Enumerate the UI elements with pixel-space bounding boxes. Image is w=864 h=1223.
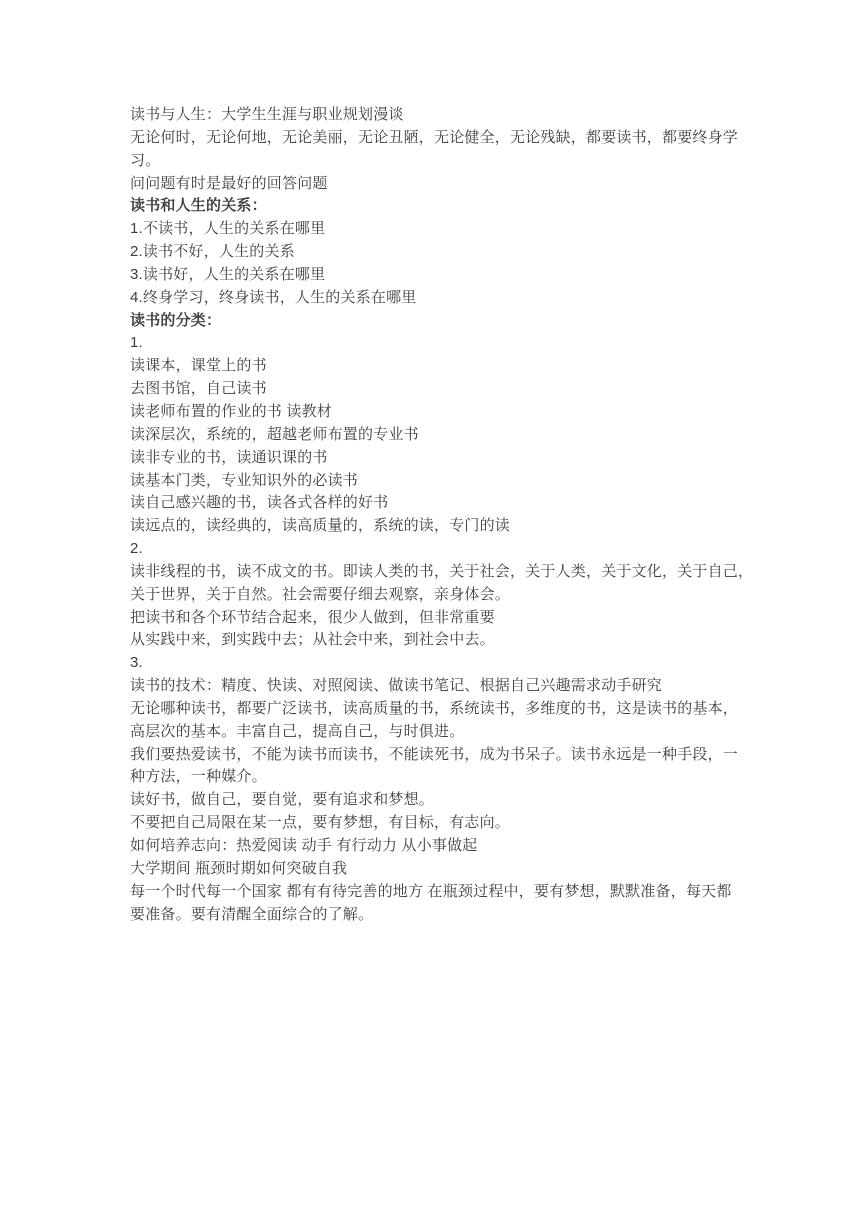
- document-text-block: 读书与人生：大学生生涯与职业规划漫谈无论何时，无论何地，无论美丽，无论丑陋，无论…: [130, 104, 750, 926]
- text-line-4: 问问题有时是最好的回答问题: [130, 173, 750, 196]
- text-line-16: 读非专业的书，读通识课的书: [130, 447, 750, 470]
- text-line-2: 无论何时，无论何地，无论美丽，无论丑陋，无论健全，无论残缺，都要读书，都要终身学: [130, 127, 750, 150]
- text-line-8: 3.读书好，人生的关系在哪里: [130, 264, 750, 287]
- text-line-30: 种方法，一种媒介。: [130, 766, 750, 789]
- text-line-10: 读书的分类：: [130, 310, 750, 333]
- text-line-29: 我们要热爱读书，不能为读书而读书，不能读死书，成为书呆子。读书永远是一种手段，一: [130, 744, 750, 767]
- text-line-21: 读非线程的书，读不成文的书。即读人类的书，关于社会，关于人类，关于文化，关于自己…: [130, 561, 750, 584]
- text-line-5: 读书和人生的关系：: [130, 195, 750, 218]
- text-line-14: 读老师布置的作业的书 读教材: [130, 401, 750, 424]
- text-line-33: 如何培养志向：热爱阅读 动手 有行动力 从小事做起: [130, 835, 750, 858]
- text-line-27: 无论哪种读书，都要广泛读书，读高质量的书，系统读书，多维度的书，这是读书的基本，: [130, 698, 750, 721]
- text-line-34: 大学期间 瓶颈时期如何突破自我: [130, 858, 750, 881]
- text-line-24: 从实践中来，到实践中去；从社会中来，到社会中去。: [130, 629, 750, 652]
- text-line-22: 关于世界，关于自然。社会需要仔细去观察，亲身体会。: [130, 584, 750, 607]
- text-line-26: 读书的技术：精度、快读、对照阅读、做读书笔记、根据自己兴趣需求动手研究: [130, 675, 750, 698]
- text-line-36: 要准备。要有清醒全面综合的了解。: [130, 904, 750, 927]
- text-line-3: 习。: [130, 150, 750, 173]
- text-line-6: 1.不读书，人生的关系在哪里: [130, 218, 750, 241]
- text-line-20: 2.: [130, 538, 750, 561]
- text-line-23: 把读书和各个环节结合起来，很少人做到，但非常重要: [130, 607, 750, 630]
- text-line-7: 2.读书不好，人生的关系: [130, 241, 750, 264]
- text-line-28: 高层次的基本。丰富自己，提高自己，与时俱进。: [130, 721, 750, 744]
- text-line-25: 3.: [130, 652, 750, 675]
- text-line-17: 读基本门类，专业知识外的必读书: [130, 470, 750, 493]
- text-line-18: 读自己感兴趣的书，读各式各样的好书: [130, 492, 750, 515]
- text-line-32: 不要把自己局限在某一点，要有梦想，有目标，有志向。: [130, 812, 750, 835]
- text-line-9: 4.终身学习，终身读书，人生的关系在哪里: [130, 287, 750, 310]
- text-line-19: 读远点的，读经典的，读高质量的，系统的读，专门的读: [130, 515, 750, 538]
- text-line-15: 读深层次，系统的，超越老师布置的专业书: [130, 424, 750, 447]
- document-page: 读书与人生：大学生生涯与职业规划漫谈无论何时，无论何地，无论美丽，无论丑陋，无论…: [0, 0, 864, 1223]
- text-line-1: 读书与人生：大学生生涯与职业规划漫谈: [130, 104, 750, 127]
- text-line-11: 1.: [130, 332, 750, 355]
- text-line-31: 读好书，做自己，要自觉，要有追求和梦想。: [130, 789, 750, 812]
- text-line-35: 每一个时代每一个国家 都有有待完善的地方 在瓶颈过程中，要有梦想，默默准备，每天…: [130, 881, 750, 904]
- text-line-12: 读课本，课堂上的书: [130, 355, 750, 378]
- text-line-13: 去图书馆，自己读书: [130, 378, 750, 401]
